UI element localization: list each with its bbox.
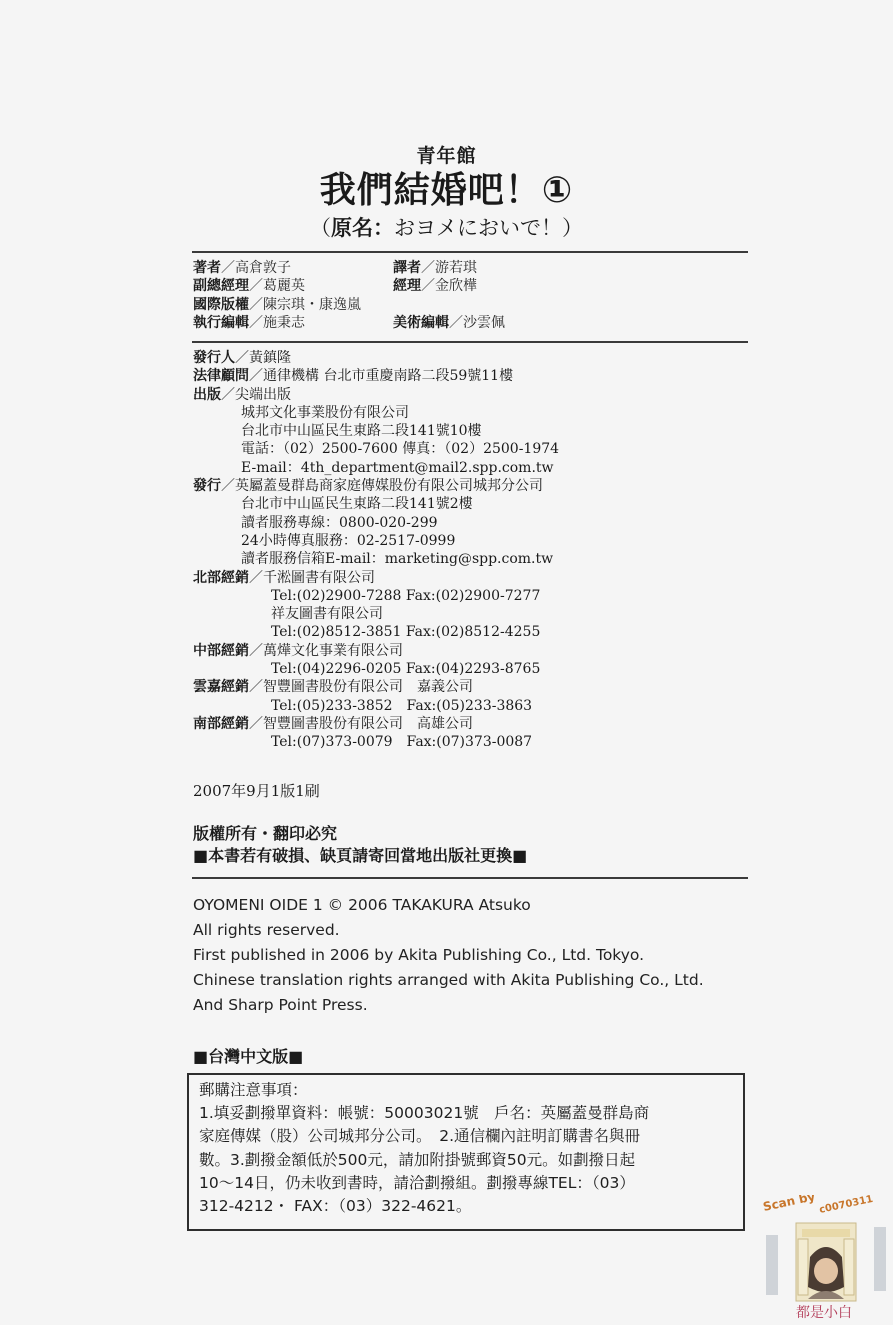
svg-text:c0070311: c0070311 (818, 1195, 874, 1216)
publisher-email: E-mail：4th_department@mail2.spp.com.tw (193, 459, 559, 477)
credit-row: 副總經理／葛麗英 經理／金欣樺 (193, 277, 505, 295)
credit-row: 執行編輯／施秉志 美術編輯／沙雲佩 (193, 314, 505, 332)
original-title: （原名：おヨメにおいで！） (0, 212, 893, 242)
english-copyright: OYOMENI OIDE 1 © 2006 TAKAKURA Atsuko Al… (193, 893, 704, 1018)
reader-service-email: 讀者服務信箱E-mail：marketing@spp.com.tw (193, 550, 559, 568)
staff-credits: 著者／高倉敦子 譯者／游若琪 副總經理／葛麗英 經理／金欣樺 國際版權／陳宗琪・… (193, 259, 505, 332)
scan-group-stamp: Scan by c0070311 都是小白 (758, 1195, 890, 1323)
book-title: 我們結婚吧！① (0, 162, 893, 213)
scanner-mascot-icon: Scan by c0070311 都是小白 (758, 1195, 890, 1323)
rights-notice: 版權所有・翻印必究 ■本書若有破損、缺頁請寄回當地出版社更換■ (193, 823, 527, 867)
svg-text:都是小白: 都是小白 (796, 1305, 852, 1321)
publisher-info: 發行人／黃鎮隆 法律顧問／通律機構 台北市重慶南路二段59號11樓 出版／尖端出… (193, 349, 559, 752)
divider (192, 251, 748, 253)
mail-order-notice-box: 郵購注意事項： 1.填妥劃撥單資料：帳號：50003021號 戶名：英屬蓋曼群島… (187, 1073, 745, 1231)
svg-text:Scan by: Scan by (762, 1195, 817, 1214)
divider (192, 341, 748, 343)
credit-row: 著者／高倉敦子 譯者／游若琪 (193, 259, 505, 277)
original-title-label: 原名： (331, 216, 394, 240)
divider (192, 877, 748, 879)
original-title-value: おヨメにおいで！） (394, 216, 583, 240)
credit-row: 國際版權／陳宗琪・康逸嵐 (193, 296, 505, 314)
edition-info: 2007年9月1版1刷 (193, 780, 320, 801)
taiwan-edition-label: ■台灣中文版■ (193, 1044, 303, 1067)
